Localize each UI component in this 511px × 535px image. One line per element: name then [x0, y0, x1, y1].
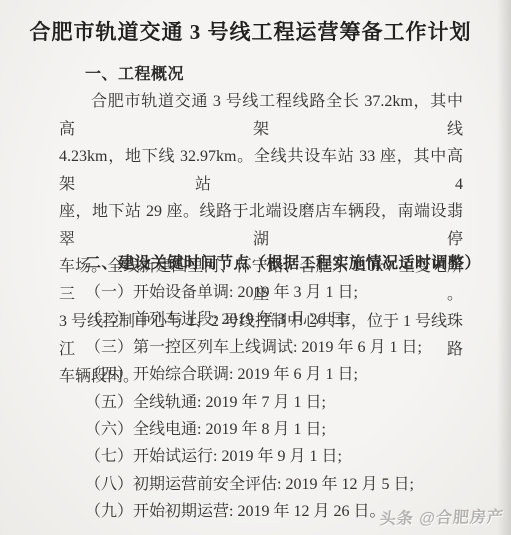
document-page: 合肥市轨道交通 3 号线工程运营筹备工作计划 一、工程概况 合肥市轨道交通 3 … [0, 0, 511, 535]
timeline-item: （五）全线轨通: 2019 年 7 月 1 日; [85, 389, 485, 416]
toutiao-watermark: 头条 @合肥房产 [379, 504, 505, 529]
timeline-item: （二）首列车进段: 2019 年 3 月 26 日; [85, 306, 485, 333]
paragraph-line: 4.23km，地下线 32.97km。全线共设车站 33 座，其中高架站 4 [59, 143, 463, 198]
timeline-item: （六）全线电通: 2019 年 8 月 1 日; [85, 416, 485, 443]
timeline-item: （三）第一控区列车上线调试: 2019 年 6 月 1 日; [85, 334, 485, 361]
paragraph-line: 合肥市轨道交通 3 号线工程线路全长 37.2km，其中高架线 [59, 88, 463, 143]
timeline-item: （一）开始设备单调: 2019 年 3 月 1 日; [85, 279, 485, 306]
section2-heading: 二、建设关键时间节点（根据工程实施情况适时调整） [85, 250, 481, 273]
document-title: 合肥市轨道交通 3 号线工程运营筹备工作计划 [0, 16, 501, 46]
timeline-item: （四）开始综合联调: 2019 年 6 月 1 日; [85, 361, 485, 388]
timeline-list: （一）开始设备单调: 2019 年 3 月 1 日; （二）首列车进段: 201… [85, 279, 485, 526]
timeline-item: （七）开始试运行: 2019 年 9 月 1 日; [85, 443, 485, 470]
section1-heading: 一、工程概况 [85, 61, 184, 84]
timeline-item: （八）初期运营前安全评估: 2019 年 12 月 5 日; [85, 471, 485, 498]
paragraph-line: 座，地下站 29 座。线路于北端设磨店车辆段，南端设翡翠湖停 [59, 198, 463, 253]
